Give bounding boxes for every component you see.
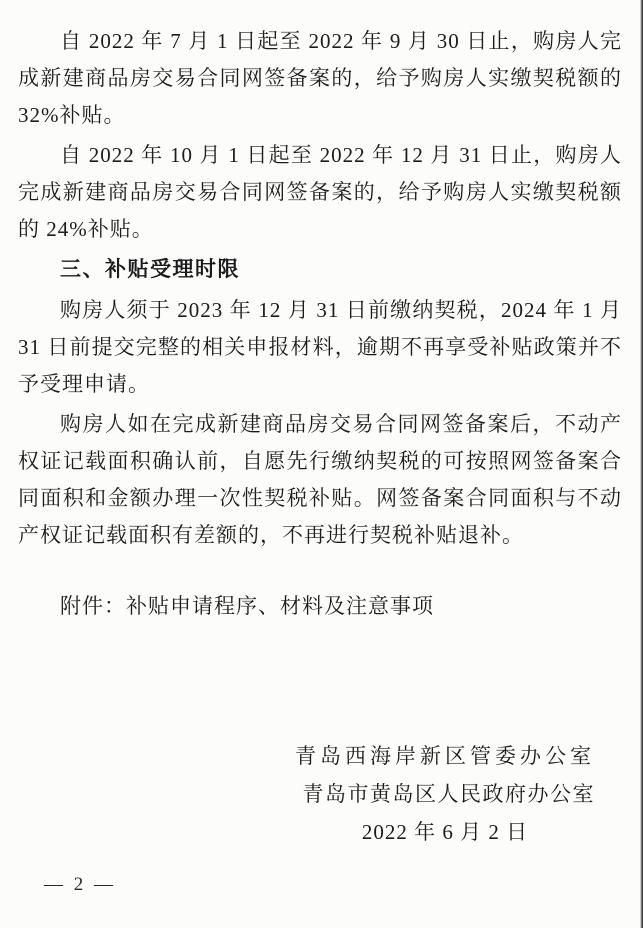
paragraph-prepayment-rule: 购房人如在完成新建商品房交易合同网签备案后，不动产权证记载面积确认前，自愿先行缴…	[18, 406, 622, 554]
section-heading-acceptance-period: 三、补贴受理时限	[18, 251, 622, 289]
signature-org-2: 青岛市黄岛区人民政府办公室	[295, 775, 595, 813]
page-number: — 2 —	[44, 874, 116, 896]
document-page: 自 2022 年 7 月 1 日起至 2022 年 9 月 30 日止，购房人完…	[0, 0, 643, 928]
paragraph-subsidy-q3: 自 2022 年 7 月 1 日起至 2022 年 9 月 30 日止，购房人完…	[18, 23, 622, 134]
signature-org-1: 青岛西海岸新区管委办公室	[295, 737, 595, 775]
attachment-line: 附件：补贴申请程序、材料及注意事项	[18, 588, 622, 625]
paragraph-deadline: 购房人须于 2023 年 12 月 31 日前缴纳契税，2024 年 1 月 3…	[18, 292, 622, 403]
paragraph-subsidy-q4: 自 2022 年 10 月 1 日起至 2022 年 12 月 31 日止，购房…	[18, 137, 622, 248]
signature-block: 青岛西海岸新区管委办公室 青岛市黄岛区人民政府办公室 2022 年 6 月 2 …	[295, 737, 595, 851]
document-body: 自 2022 年 7 月 1 日起至 2022 年 9 月 30 日止，购房人完…	[0, 0, 643, 851]
signature-date: 2022 年 6 月 2 日	[295, 813, 595, 851]
